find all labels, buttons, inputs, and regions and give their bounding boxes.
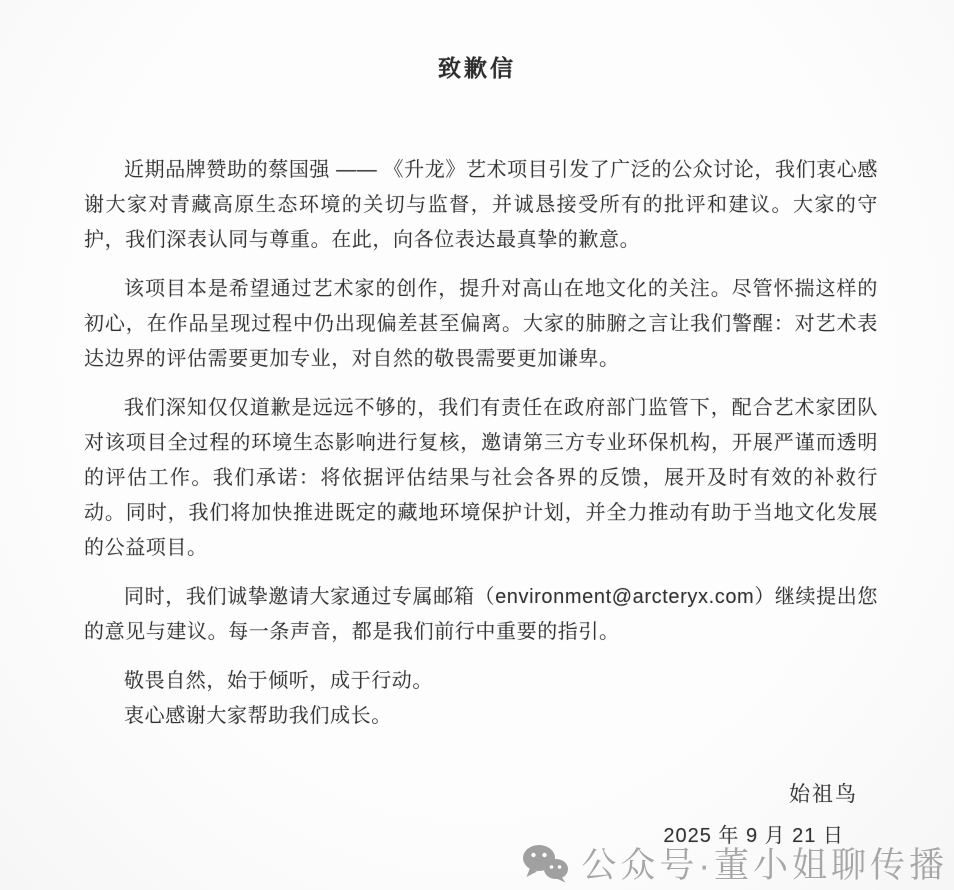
watermark-text: 公众号·董小姐聊传播	[581, 838, 948, 888]
letter-title: 致歉信	[0, 0, 954, 83]
closing-line-1: 敬畏自然，始于倾听，成于行动。	[84, 664, 878, 699]
wechat-icon	[521, 843, 569, 883]
signature: 始祖鸟	[0, 778, 954, 808]
letter-paragraph-2: 该项目本是希望通过艺术家的创作，提升对高山在地文化的关注。尽管怀揣这样的初心，在…	[84, 272, 878, 377]
letter-body: 近期品牌赞助的蔡国强 —— 《升龙》艺术项目引发了广泛的公众讨论，我们衷心感谢大…	[0, 153, 954, 734]
watermark: 公众号·董小姐聊传播	[521, 838, 948, 888]
closing-line-2: 衷心感谢大家帮助我们成长。	[84, 699, 878, 734]
letter-paragraph-3: 我们深知仅仅道歉是远远不够的，我们有责任在政府部门监管下，配合艺术家团队对该项目…	[84, 391, 878, 566]
letter-paragraph-1: 近期品牌赞助的蔡国强 —— 《升龙》艺术项目引发了广泛的公众讨论，我们衷心感谢大…	[84, 153, 878, 258]
letter-paragraph-4: 同时，我们诚挚邀请大家通过专属邮箱（environment@arcteryx.c…	[84, 580, 878, 650]
apology-letter-page: 致歉信 近期品牌赞助的蔡国强 —— 《升龙》艺术项目引发了广泛的公众讨论，我们衷…	[0, 0, 954, 890]
